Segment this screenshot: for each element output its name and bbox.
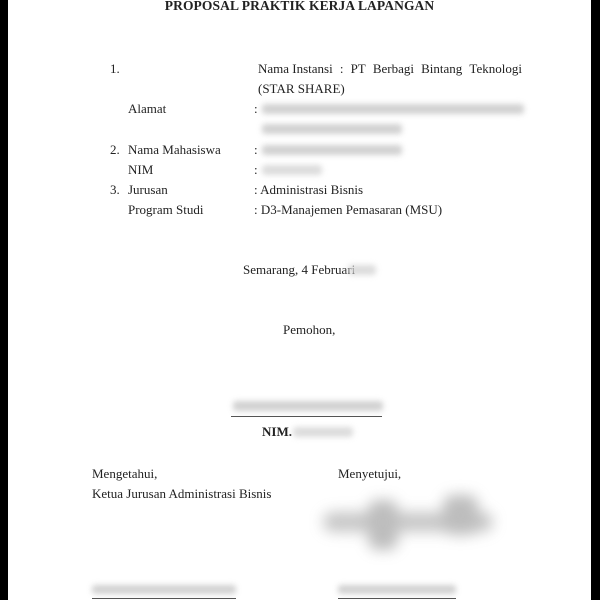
left-signatory-role: Ketua Jurusan Administrasi Bisnis bbox=[92, 486, 271, 502]
alamat-value-redacted-line1 bbox=[262, 104, 524, 114]
applicant-signature-line bbox=[231, 416, 382, 417]
document-title: PROPOSAL PRAKTIK KERJA LAPANGAN bbox=[8, 0, 591, 14]
item-number-3: 3. bbox=[110, 182, 120, 198]
document-page: PROPOSAL PRAKTIK KERJA LAPANGAN 1. Nama … bbox=[8, 0, 591, 600]
instansi-word-1: PT bbox=[351, 61, 366, 77]
right-signature-line bbox=[338, 598, 456, 599]
applicant-nim-label: NIM. bbox=[262, 424, 292, 440]
instansi-word-4: Teknologi bbox=[469, 61, 522, 77]
nama-mahasiswa-separator: : bbox=[254, 142, 258, 158]
jurusan-text: Administrasi Bisnis bbox=[260, 182, 363, 197]
program-studi-separator: : bbox=[254, 202, 258, 217]
nama-instansi-separator: : bbox=[340, 61, 344, 77]
applicant-label: Pemohon, bbox=[283, 322, 335, 338]
alamat-separator: : bbox=[254, 101, 258, 117]
nama-instansi-label: Nama Instansi bbox=[258, 61, 333, 77]
nama-mahasiswa-label: Nama Mahasiswa bbox=[128, 142, 221, 158]
program-studi-label: Program Studi bbox=[128, 202, 203, 218]
nim-label: NIM bbox=[128, 162, 153, 178]
left-signature-line bbox=[92, 598, 236, 599]
jurusan-separator: : bbox=[254, 182, 258, 197]
program-studi-value: : D3-Manajemen Pemasaran (MSU) bbox=[254, 202, 442, 218]
nim-value-redacted bbox=[262, 165, 322, 175]
alamat-label: Alamat bbox=[128, 101, 166, 117]
item-number-1: 1. bbox=[110, 61, 120, 77]
jurusan-label: Jurusan bbox=[128, 182, 168, 198]
nim-separator: : bbox=[254, 162, 258, 178]
nama-mahasiswa-redacted bbox=[262, 145, 402, 155]
nama-instansi-continued: (STAR SHARE) bbox=[258, 81, 345, 97]
program-studi-text: D3-Manajemen Pemasaran (MSU) bbox=[261, 202, 442, 217]
left-signatory-name-redacted bbox=[92, 585, 236, 594]
instansi-word-3: Bintang bbox=[421, 61, 462, 77]
right-signatory-heading: Menyetujui, bbox=[338, 466, 401, 482]
nama-instansi-row: Nama Instansi : PT Berbagi Bintang Tekno… bbox=[258, 61, 522, 77]
right-signatory-name-redacted bbox=[338, 585, 456, 594]
right-signature-redacted bbox=[323, 490, 493, 560]
instansi-word-2: Berbagi bbox=[373, 61, 414, 77]
place-date: Semarang, 4 Februari bbox=[243, 262, 355, 278]
jurusan-value: : Administrasi Bisnis bbox=[254, 182, 363, 198]
alamat-value-redacted-line2 bbox=[262, 124, 402, 134]
left-signatory-heading: Mengetahui, bbox=[92, 466, 157, 482]
year-redacted bbox=[348, 265, 376, 275]
item-number-2: 2. bbox=[110, 142, 120, 158]
applicant-name-redacted bbox=[233, 401, 383, 411]
applicant-nim-redacted bbox=[293, 427, 353, 437]
